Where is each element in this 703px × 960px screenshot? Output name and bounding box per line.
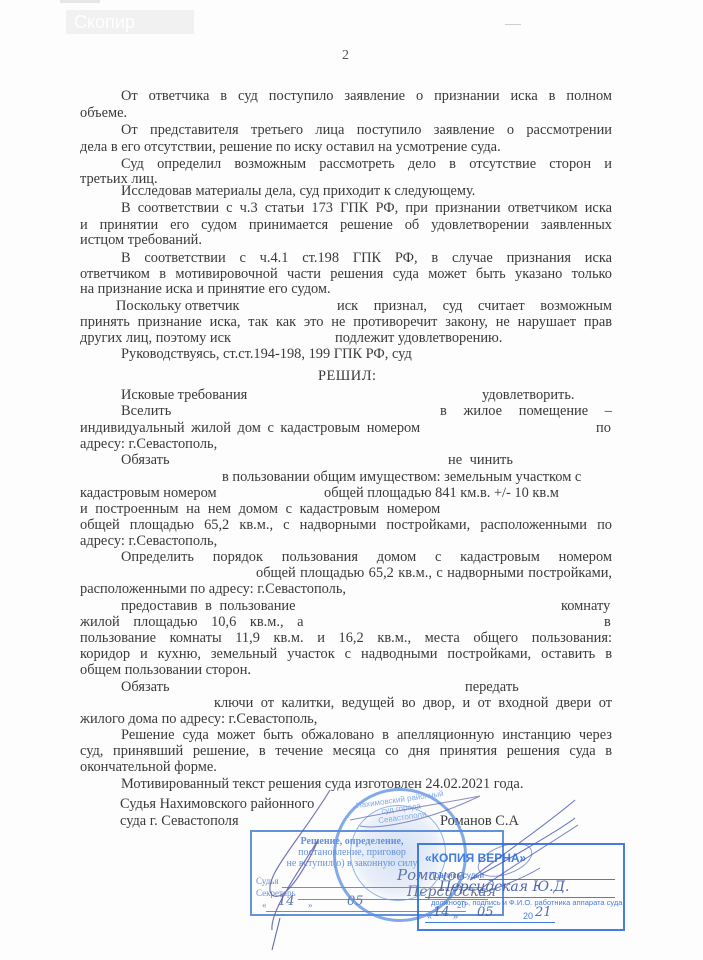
body-line: общей площадью 841 км.в. +/- 10 кв.м [324, 485, 559, 502]
body-line: других лиц, поэтому иск [80, 330, 231, 347]
body-line: объеме. [80, 105, 612, 122]
body-line: общем пользовании сторон. [80, 662, 612, 679]
body-line: принять признание иска, так как это не п… [80, 314, 612, 331]
body-line: предоставив в пользование [121, 598, 296, 615]
copy-verified-stamp: «КОПИЯ ВЕРНА» Подпись судьи Персидская Ю… [417, 843, 625, 931]
body-line: Обязать [121, 452, 170, 469]
body-line: истцом требований. [80, 232, 612, 249]
body-line: подлежит удовлетворению. [335, 330, 502, 347]
body-line: От представителя третьего лица поступило… [121, 122, 612, 139]
stamp-judge-label: Судья [256, 876, 279, 886]
body-line: общей площадью 65,2 кв.м., с надворными … [256, 565, 612, 582]
body-line: Обязать [121, 679, 170, 696]
body-line: Вселить [121, 403, 171, 420]
body-line: не чинить [448, 452, 513, 469]
judge-title: Судья Нахимовского районного суда г. Сев… [120, 796, 314, 830]
body-line: Определить порядок пользования домом с к… [121, 549, 612, 566]
body-line: дела в его отсутствии, решение по иску о… [80, 139, 612, 156]
body-line: Руководствуясь, ст.ст.194-198, 199 ГПК Р… [121, 346, 612, 363]
header-mark: Скопир [66, 10, 194, 34]
stamp-date-day: 14 [278, 894, 295, 909]
page-number: 2 [342, 48, 349, 64]
copy-stamp-year-prefix: 20 [523, 911, 533, 921]
copy-stamp-date-day: 14 [433, 905, 450, 920]
decision-heading: РЕШИЛ: [318, 368, 376, 385]
copy-stamp-title: «КОПИЯ ВЕРНА» [425, 851, 526, 865]
document-page: Скопир 2 От ответчика в суд поступило за… [0, 0, 703, 960]
body-line: пользование комнаты 11,9 кв.м. и 16,2 кв… [80, 630, 612, 647]
body-line: комнату [561, 598, 610, 615]
body-line: Исследовав материалы дела, суд приходит … [121, 183, 612, 200]
body-line: удовлетворить. [482, 387, 575, 404]
body-line: и построенным на нем домом с кадастровым… [80, 501, 440, 518]
body-line: иск признал, суд считает возможным [337, 298, 612, 315]
body-line: адресу: г.Севастополь, [80, 436, 612, 453]
body-line: жилого дома по адресу: г.Севастополь, [80, 711, 612, 728]
scan-artifact [505, 24, 521, 25]
body-line: по [596, 420, 611, 437]
body-line: окончательной форме. [80, 759, 612, 776]
body-line: ключи от калитки, ведущей во двор, и от … [214, 695, 612, 712]
body-line: передать [465, 679, 519, 696]
body-line: в жилое помещение – [440, 403, 612, 420]
body-line: коридор и кухню, земельный участок с над… [80, 646, 612, 663]
stamp-line [425, 922, 555, 923]
judge-title-line: Судья Нахимовского районного [120, 796, 314, 813]
body-line: В соответствии с ч.3 статьи 173 ГПК РФ, … [121, 200, 612, 217]
body-line: суд, принявший решение, в течение месяца… [80, 743, 612, 760]
scan-artifact [60, 0, 100, 3]
body-line: От ответчика в суд поступило заявление о… [121, 88, 612, 105]
body-line: Мотивированный текст решения суда изгото… [121, 776, 612, 793]
body-line: в [604, 614, 611, 631]
copy-stamp-year-suffix: 21 [535, 905, 552, 920]
body-line: жилой площадью 10,6 кв.м., а [80, 614, 304, 631]
body-line: Решение суда может быть обжаловано в апе… [121, 727, 612, 744]
body-line: в пользовании общим имуществом: земельны… [222, 469, 581, 486]
body-line: адресу: г.Севастополь, [80, 533, 612, 550]
body-line: Исковые требования [121, 387, 247, 404]
clerk-handwritten-signature: Персидская Ю.Д. [439, 879, 569, 895]
body-line: на признание иска и принятие его судом. [80, 281, 612, 298]
copy-stamp-date-month: 05 [477, 905, 494, 920]
copy-stamp-caption: должность, подпись и Ф.И.О. работника ап… [431, 898, 622, 907]
body-line: Поскольку ответчик [116, 298, 240, 315]
judge-title-line: суда г. Севастополя [120, 813, 314, 830]
body-line: общей площадью 65,2 кв.м., с надворными … [80, 517, 612, 534]
body-line: В соответствии с ч.4.1 ст.198 ГПК РФ, в … [121, 250, 612, 267]
body-line: индивидуальный жилой дом с кадастровым н… [80, 420, 420, 437]
body-line: кадастровым номером [80, 485, 217, 502]
body-line: расположенными по адресу: г.Севастополь, [80, 581, 612, 598]
